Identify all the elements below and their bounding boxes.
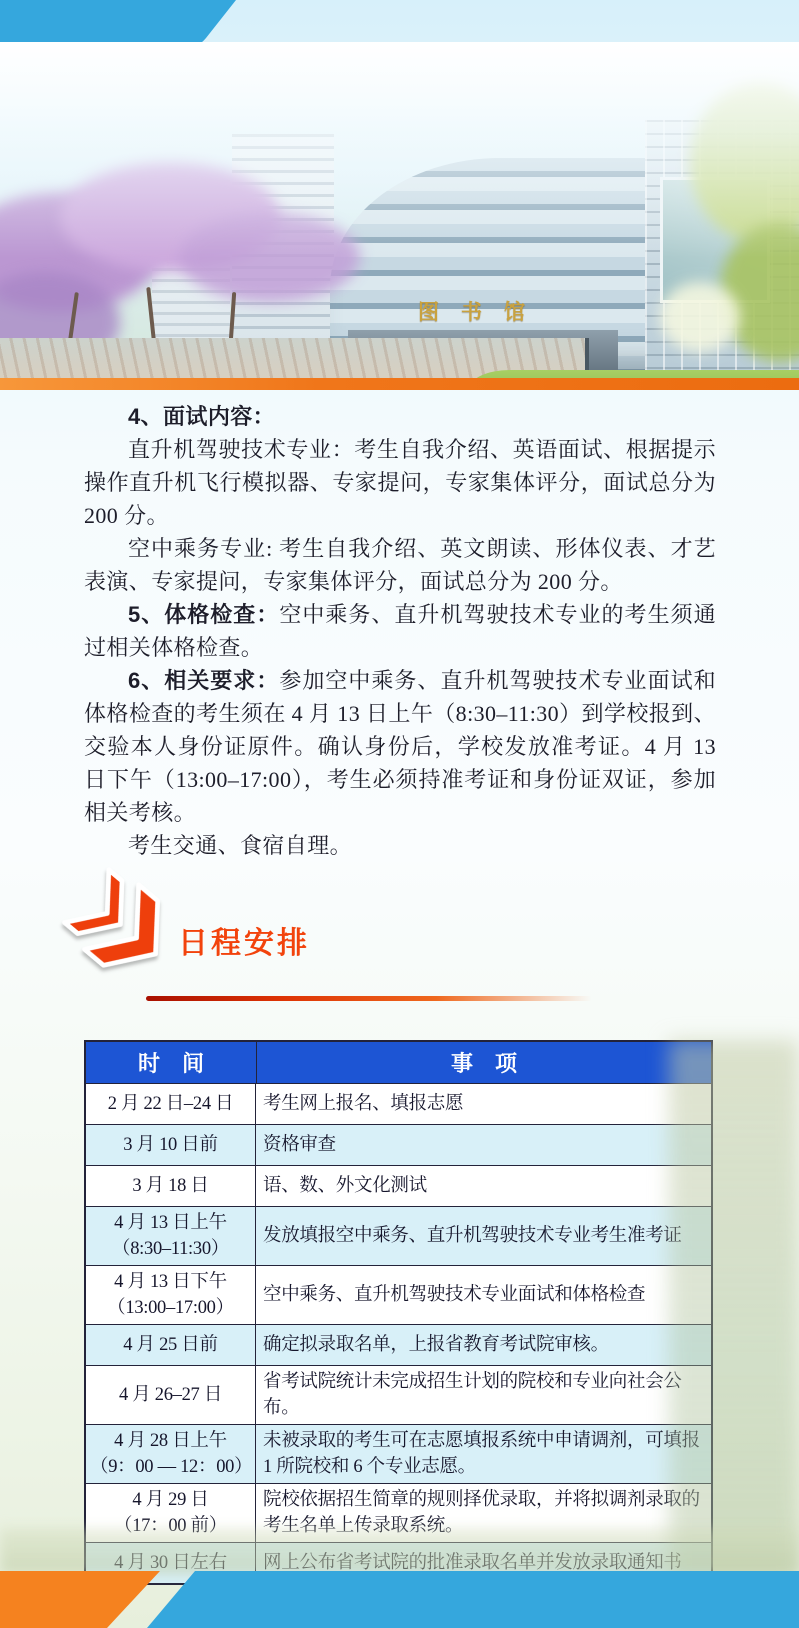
paragraph-text: 直升机驾驶技术专业：考生自我介绍、英语面试、根据提示操作直升机飞行模拟器、专家提… (84, 437, 716, 528)
cell-time: 4 月 28 日上午 （9：00 — 12：00） (86, 1425, 256, 1483)
paragraph: 空中乘务专业: 考生自我介绍、英文朗读、形体仪表、才艺表演、专家提问，专家集体评… (84, 532, 716, 598)
background-scenery-right (669, 1040, 799, 1580)
cell-item: 发放填报空中乘务、直升机驾驶技术专业考生准考证 (256, 1207, 711, 1265)
cell-time: 3 月 10 日前 (86, 1125, 256, 1165)
paragraph: 5、体格检查：空中乘务、直升机驾驶技术专业的考生须通过相关体格检查。 (84, 598, 716, 664)
cell-item: 考生网上报名、填报志愿 (256, 1084, 711, 1124)
campus-photo: 图书馆 (0, 42, 799, 390)
cell-item: 确定拟录取名单，上报省教育考试院审核。 (256, 1325, 711, 1365)
paragraph-text: 空中乘务专业: 考生自我介绍、英文朗读、形体仪表、才艺表演、专家提问，专家集体评… (84, 536, 716, 594)
table-header-row: 时 间 事 项 (86, 1042, 711, 1084)
cell-item: 空中乘务、直升机驾驶技术专业面试和体格检查 (256, 1266, 711, 1324)
table-body: 2 月 22 日–24 日 考生网上报名、填报志愿 3 月 10 日前 资格审查… (86, 1084, 711, 1583)
photo-top-fade (0, 42, 799, 390)
table-row: 2 月 22 日–24 日 考生网上报名、填报志愿 (86, 1084, 711, 1124)
red-arrow-icon (74, 886, 180, 974)
cell-item: 资格审查 (256, 1125, 711, 1165)
paragraph: 考生交通、食宿自理。 (84, 829, 716, 862)
table-row: 4 月 13 日下午 （13:00–17:00） 空中乘务、直升机驾驶技术专业面… (86, 1265, 711, 1324)
table-row: 4 月 28 日上午 （9：00 — 12：00） 未被录取的考生可在志愿填报系… (86, 1424, 711, 1483)
schedule-title-underline (146, 996, 592, 1001)
table-row: 3 月 18 日 语、数、外文化测试 (86, 1165, 711, 1206)
schedule-title: 日程安排 (178, 918, 310, 962)
column-header-item: 事 项 (256, 1042, 711, 1083)
paragraph-text: 考生交通、食宿自理。 (128, 833, 352, 858)
cell-time: 4 月 13 日下午 （13:00–17:00） (86, 1266, 256, 1324)
column-header-time: 时 间 (86, 1047, 256, 1078)
cell-time: 2 月 22 日–24 日 (86, 1084, 256, 1124)
cell-item: 语、数、外文化测试 (256, 1166, 711, 1206)
cell-time: 4 月 26–27 日 (86, 1366, 256, 1424)
cell-time: 4 月 13 日上午 （8:30–11:30） (86, 1207, 256, 1265)
paragraph: 直升机驾驶技术专业：考生自我介绍、英语面试、根据提示操作直升机飞行模拟器、专家提… (84, 433, 716, 532)
orange-divider-stripe (0, 378, 799, 390)
paragraph-lead: 4、面试内容： (128, 404, 275, 429)
paragraph-lead: 5、体格检查： (128, 602, 279, 627)
paragraph: 6、相关要求：参加空中乘务、直升机驾驶技术专业面试和体格检查的考生须在 4 月 … (84, 664, 716, 829)
table-row: 3 月 10 日前 资格审查 (86, 1124, 711, 1165)
cell-item: 省考试院统计未完成招生计划的院校和专业向社会公布。 (256, 1366, 711, 1424)
brochure-page: 图书馆 4、面试内容： 直升机驾驶技术专业：考生自我介绍 (0, 0, 799, 1628)
cell-time: 3 月 18 日 (86, 1166, 256, 1206)
background-scenery-bottom (0, 1528, 799, 1574)
schedule-table: 时 间 事 项 2 月 22 日–24 日 考生网上报名、填报志愿 3 月 10… (84, 1040, 713, 1585)
cell-item: 未被录取的考生可在志愿填报系统中申请调剂，可填报 1 所院校和 6 个专业志愿。 (256, 1425, 711, 1483)
table-row: 4 月 13 日上午 （8:30–11:30） 发放填报空中乘务、直升机驾驶技术… (86, 1206, 711, 1265)
paragraph-lead: 6、相关要求： (128, 668, 279, 693)
table-row: 4 月 26–27 日 省考试院统计未完成招生计划的院校和专业向社会公布。 (86, 1365, 711, 1424)
body-text: 4、面试内容： 直升机驾驶技术专业：考生自我介绍、英语面试、根据提示操作直升机飞… (84, 400, 716, 862)
cell-time: 4 月 25 日前 (86, 1325, 256, 1365)
table-row: 4 月 25 日前 确定拟录取名单，上报省教育考试院审核。 (86, 1324, 711, 1365)
paragraph: 4、面试内容： (84, 400, 716, 433)
